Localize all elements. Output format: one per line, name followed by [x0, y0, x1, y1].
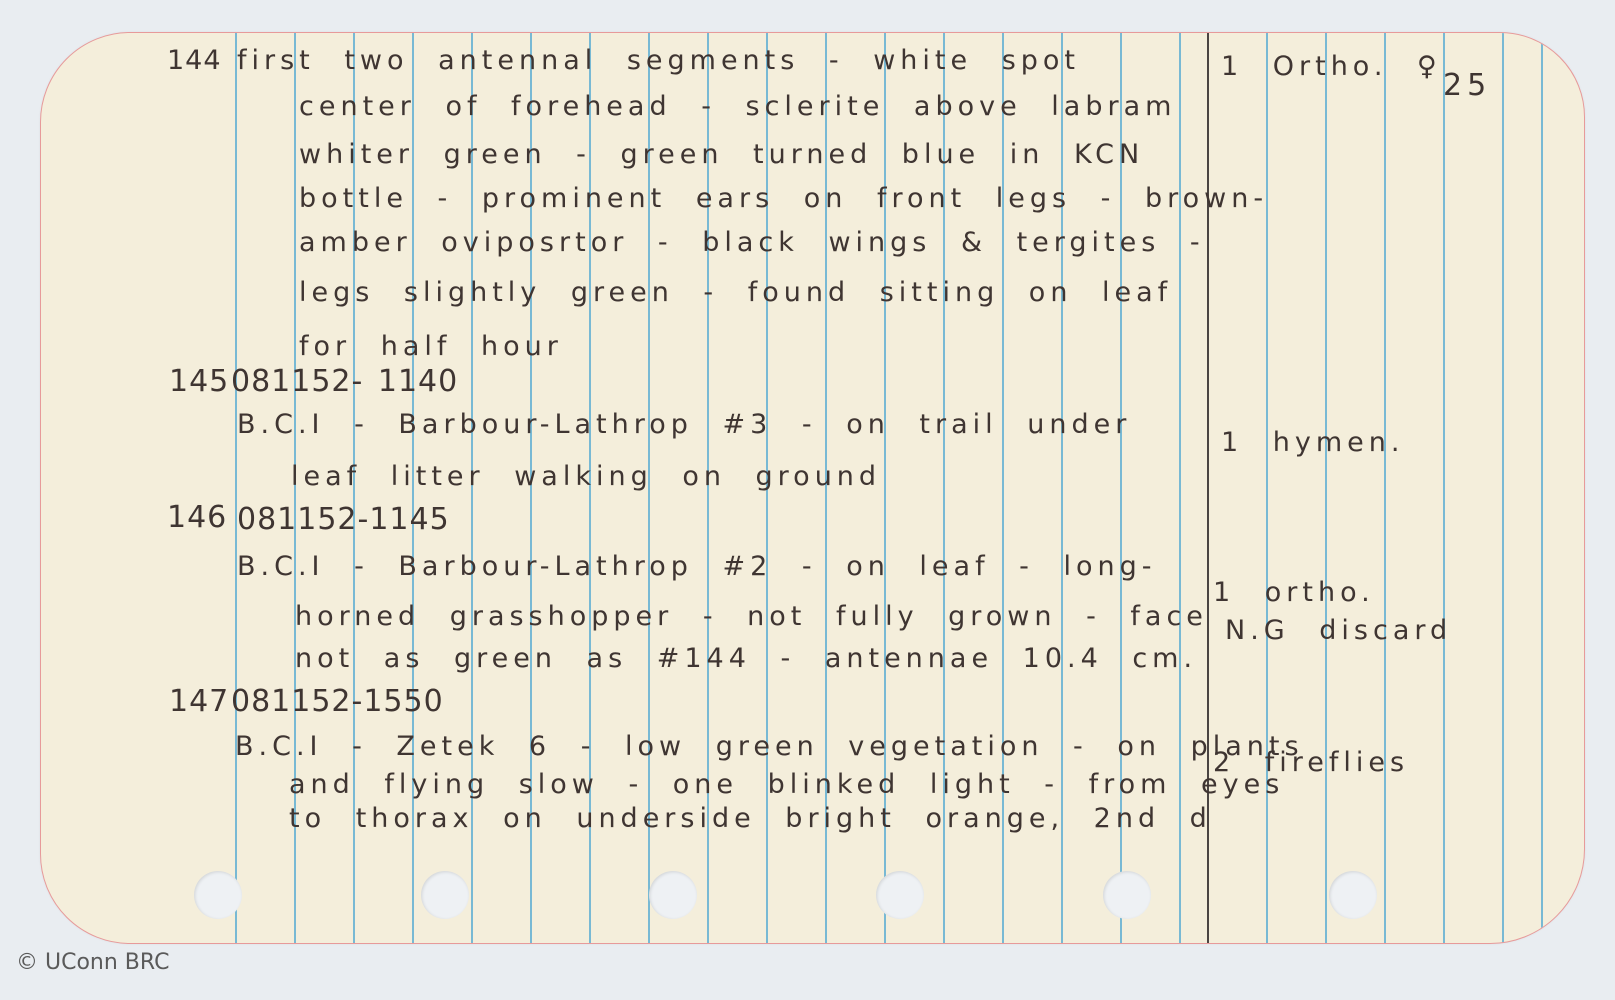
rule-line: [1325, 33, 1327, 943]
rule-line: [235, 33, 237, 943]
entry-note: 1 hymen.: [1221, 429, 1404, 456]
entry-line: first two antennal segments - white spot: [237, 47, 1080, 74]
entry-line: and flying slow - one blinked light - fr…: [289, 771, 1284, 798]
entry-line: B.C.I - Zetek 6 - low green vegetation -…: [235, 733, 1304, 760]
entry-number: 144: [167, 47, 222, 74]
entry-number: 146: [167, 503, 227, 533]
entry-line: B.C.I - Barbour-Lathrop #3 - on trail un…: [237, 411, 1131, 438]
entry-header: 081152- 1140: [231, 367, 458, 397]
entry-line: center of forehead - sclerite above labr…: [299, 93, 1176, 120]
entry-line: not as green as #144 - antennae 10.4 cm.: [295, 645, 1197, 672]
rule-line: [1443, 33, 1445, 943]
entry-line: horned grasshopper - not fully grown - f…: [295, 603, 1208, 630]
binder-hole: [194, 871, 242, 919]
entry-header: 081152-1550: [231, 687, 444, 717]
entry-number: 145: [169, 367, 229, 397]
rule-line: [1266, 33, 1268, 943]
entry-line: leaf litter walking on ground: [291, 463, 881, 490]
binder-hole: [1329, 871, 1377, 919]
entry-number: 147: [169, 687, 229, 717]
entry-line: amber oviposrtor - black wings & tergite…: [299, 229, 1205, 256]
binder-hole: [876, 871, 924, 919]
page-number: 25: [1443, 71, 1491, 101]
entry-header: 081152-1145: [237, 505, 450, 535]
index-card: 25 144 first two antennal segments - whi…: [40, 32, 1585, 944]
rule-line: [1541, 33, 1543, 943]
entry-note: 1 ortho.: [1213, 579, 1375, 606]
entry-line: B.C.I - Barbour-Lathrop #2 - on leaf - l…: [237, 553, 1157, 580]
rule-line: [1384, 33, 1386, 943]
entry-note: 1 Ortho. ♀: [1221, 53, 1442, 80]
entry-line: whiter green - green turned blue in KCN: [299, 141, 1144, 168]
entry-line: for half hour: [299, 333, 563, 360]
entry-line: to thorax on underside bright orange, 2n…: [289, 805, 1212, 832]
binder-hole: [1103, 871, 1151, 919]
rule-line: [1502, 33, 1504, 943]
copyright-notice: © UConn BRC: [16, 950, 169, 975]
binder-hole: [649, 871, 697, 919]
entry-note: 2 fireflies: [1213, 749, 1409, 776]
entry-note: N.G discard: [1225, 617, 1452, 644]
entry-line: bottle - prominent ears on front legs - …: [299, 185, 1268, 212]
entry-line: legs slightly green - found sitting on l…: [299, 279, 1172, 306]
binder-hole: [421, 871, 469, 919]
